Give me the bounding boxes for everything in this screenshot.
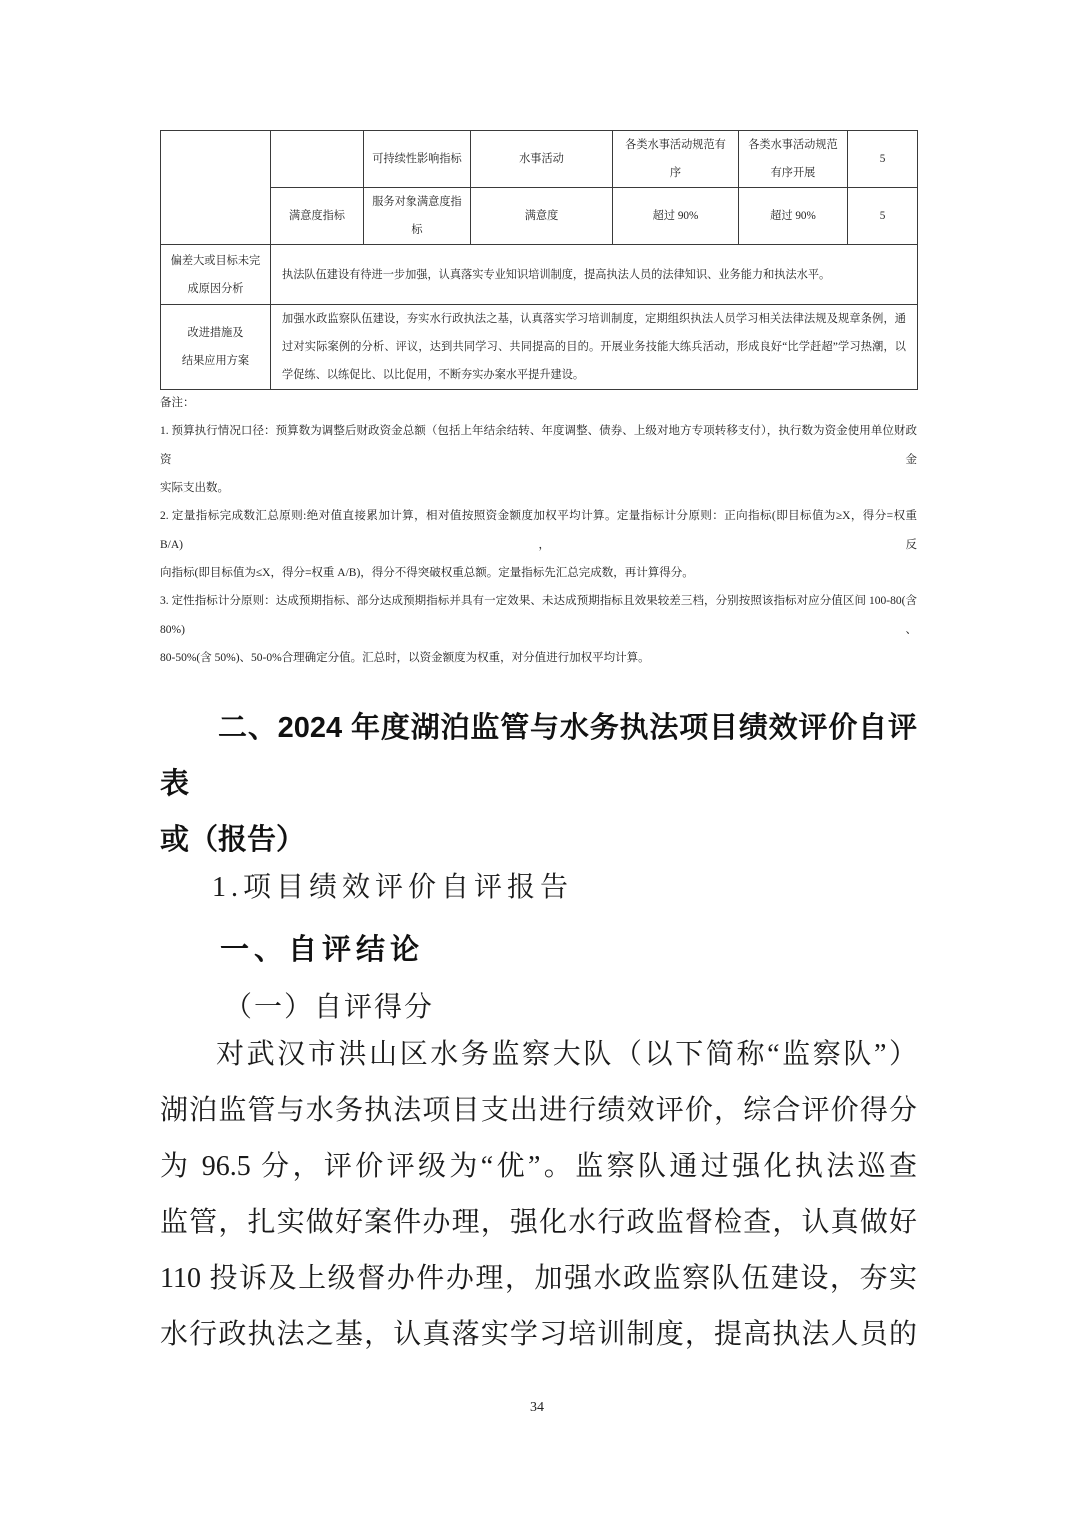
cell-indicator-name-line: 服务对象满意度指 [372, 188, 462, 216]
cell-deviation-content: 执法队伍建设有待进一步加强，认真落实专业知识培训制度，提高执法人员的法律知识、业… [271, 245, 918, 305]
cell-metric: 满意度 [471, 188, 613, 245]
body-line: 监管，扎实做好案件办理，强化水行政监督检查，认真做好 [160, 1195, 917, 1251]
table-row: 满意度指标 服务对象满意度指 标 满意度 超过 90% 超过 90% 5 [161, 188, 918, 245]
cell-target: 各类水事活动规范有 序 [613, 131, 739, 188]
section-heading: 二、2024 年度湖泊监管与水务执法项目绩效评价自评表 或（报告） [160, 700, 917, 868]
cell-improvement-label-line: 改进措施及 [169, 319, 262, 347]
cell-target-line: 各类水事活动规范有 [621, 131, 730, 159]
note-line: 80-50%(含 50%)、50-0%合理确定分值。汇总时，以资金额度为权重，对… [160, 644, 917, 672]
cell-improvement-content: 加强水政监察队伍建设，夯实水行政执法之基，认真落实学习培训制度，定期组织执法人员… [271, 305, 918, 390]
cell-actual: 超过 90% [739, 188, 848, 245]
body-line: 对武汉市洪山区水务监察大队（以下简称“监察队”） [160, 1027, 917, 1083]
cell-actual-line: 各类水事活动规范 [747, 131, 839, 159]
cell-actual: 各类水事活动规范 有序开展 [739, 131, 848, 188]
cell-indicator-name: 可持续性影响指标 [364, 131, 471, 188]
cell-indicator-type: 满意度指标 [271, 188, 364, 245]
cell-metric: 水事活动 [471, 131, 613, 188]
section-heading-line: 二、2024 年度湖泊监管与水务执法项目绩效评价自评表 [160, 700, 917, 812]
conclusion-heading: 一、自评结论 [160, 928, 917, 972]
cell-actual-line: 有序开展 [747, 159, 839, 187]
cell-score: 5 [848, 188, 918, 245]
page-number: 34 [0, 1400, 1074, 1416]
indicator-table-wrap: 可持续性影响指标 水事活动 各类水事活动规范有 序 各类水事活动规范 有序开展 … [160, 130, 917, 390]
body-paragraph: 对武汉市洪山区水务监察大队（以下简称“监察队”） 湖泊监管与水务执法项目支出进行… [160, 1027, 917, 1363]
cell-score: 5 [848, 131, 918, 188]
merged-empty-cell [161, 131, 271, 245]
cell-indicator-name: 服务对象满意度指 标 [364, 188, 471, 245]
cell-indicator-name-line: 标 [372, 216, 462, 244]
cell-improvement-label-line: 结果应用方案 [169, 347, 262, 375]
note-line: 3. 定性指标计分原则：达成预期指标、部分达成预期指标并具有一定效果、未达成预期… [160, 587, 917, 644]
score-subheading: （一）自评得分 [160, 986, 917, 1030]
cell-deviation-label-line: 偏差大或目标未完 [169, 247, 262, 275]
note-line: 2. 定量指标完成数汇总原则:绝对值直接累加计算，相对值按照资金额度加权平均计算… [160, 502, 917, 559]
note-line: 1. 预算执行情况口径：预算数为调整后财政资金总额（包括上年结余结转、年度调整、… [160, 417, 917, 474]
cell-deviation-label-line: 成原因分析 [169, 275, 262, 303]
report-title: 1.项目绩效评价自评报告 [160, 866, 917, 910]
note-line: 实际支出数。 [160, 474, 917, 502]
table-row: 可持续性影响指标 水事活动 各类水事活动规范有 序 各类水事活动规范 有序开展 … [161, 131, 918, 188]
body-line: 湖泊监管与水务执法项目支出进行绩效评价，综合评价得分 [160, 1083, 917, 1139]
body-line: 水行政执法之基，认真落实学习培训制度，提高执法人员的 [160, 1307, 917, 1363]
document-page: 可持续性影响指标 水事活动 各类水事活动规范有 序 各类水事活动规范 有序开展 … [0, 0, 1074, 1520]
cell-target: 超过 90% [613, 188, 739, 245]
notes-section: 备注： 1. 预算执行情况口径：预算数为调整后财政资金总额（包括上年结余结转、年… [160, 389, 917, 672]
section-heading-line: 或（报告） [160, 812, 917, 868]
table-row: 偏差大或目标未完 成原因分析 执法队伍建设有待进一步加强，认真落实专业知识培训制… [161, 245, 918, 305]
cell-target-line: 序 [621, 159, 730, 187]
cell-deviation-label: 偏差大或目标未完 成原因分析 [161, 245, 271, 305]
cell-improvement-label: 改进措施及 结果应用方案 [161, 305, 271, 390]
body-line: 为 96.5 分，评价评级为“优”。监察队通过强化执法巡查 [160, 1139, 917, 1195]
indicator-table: 可持续性影响指标 水事活动 各类水事活动规范有 序 各类水事活动规范 有序开展 … [160, 130, 918, 390]
table-row: 改进措施及 结果应用方案 加强水政监察队伍建设，夯实水行政执法之基，认真落实学习… [161, 305, 918, 390]
note-line: 向指标(即目标值为≤X，得分=权重 A/B)，得分不得突破权重总额。定量指标先汇… [160, 559, 917, 587]
body-line: 110 投诉及上级督办件办理，加强水政监察队伍建设，夯实 [160, 1251, 917, 1307]
empty-indicator-type-cell [271, 131, 364, 188]
notes-title: 备注： [160, 389, 917, 417]
